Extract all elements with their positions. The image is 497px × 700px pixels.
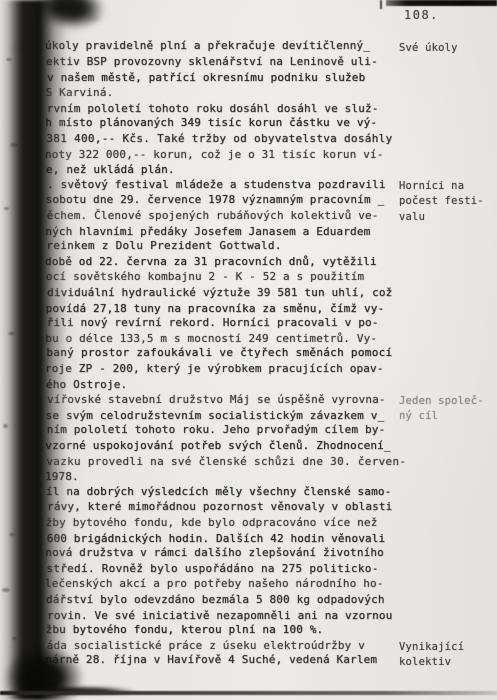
- text-line: 1978.: [45, 470, 79, 483]
- margin-note: Horníci napočest festi-valu: [399, 179, 484, 225]
- margin-note-line: ný cíl: [399, 409, 484, 424]
- text-line: e, než ukládá plán.: [46, 163, 175, 176]
- text-line: lečenských akcí a pro potřeby našeho nár…: [45, 577, 384, 590]
- text-line: . světový festival mládeže a studenstva …: [47, 178, 386, 191]
- text-line: íl na dobrých výsledcích měly všechny čl…: [46, 485, 391, 498]
- scanned-document-page: 108. úkoly pravidelně plní a překračuje …: [0, 0, 497, 700]
- margin-note-line: Jeden společ-: [399, 394, 484, 409]
- text-line: ocí sovětského kombajnu 2 - K - 52 a s p…: [46, 270, 364, 283]
- text-line: bu o délce 133,5 m s mocností 249 centim…: [45, 332, 377, 345]
- text-line: baný prostor zafoukávali ve čtyřech směn…: [46, 346, 392, 359]
- text-line: rovin. Ve své iniciativě nezapomněli ani…: [47, 609, 392, 622]
- text-line: úkoly pravidelně plní a překračuje devít…: [45, 39, 370, 52]
- text-line: S Karviná.: [46, 86, 114, 99]
- text-line: ním pololetí tohoto roku. Jeho prvořadým…: [47, 423, 386, 436]
- margin-note-line: Vynikající: [399, 640, 464, 655]
- text-line: v našem městě, patřící okresnímu podniku…: [47, 71, 365, 84]
- text-line: vzorné uspokojování potřeb svých členů. …: [45, 439, 390, 452]
- text-line: ého Ostroje.: [46, 378, 127, 391]
- text-line: noty 322 000,-- korun, což je o 31 tisíc…: [45, 148, 384, 161]
- text-line: roje ZP - 200, který je výrobkem pracují…: [45, 362, 384, 375]
- margin-note: Své úkoly: [399, 41, 458, 56]
- noise-speck: [9, 533, 15, 536]
- text-line: žby bytového fondu, kde bylo odpracováno…: [46, 516, 378, 529]
- noise-speck: [2, 588, 10, 592]
- noise-speck: [8, 332, 15, 335]
- text-line: se svým celodružstevním socialistickým z…: [46, 409, 385, 422]
- text-line: povídá 27,18 tuny na pracovníka za směnu…: [46, 302, 385, 315]
- text-line: rvním pololetí tohoto roku dosáhl dosáhl…: [47, 102, 379, 115]
- page-number: 108.: [404, 8, 439, 22]
- page-fold-line: [0, 691, 497, 695]
- page-fold-shadow: [18, 682, 168, 694]
- margin-note: Jeden společ-ný cíl: [399, 394, 484, 425]
- text-line: ektiv BSP provozovny sklenářství na Leni…: [46, 55, 378, 68]
- noise-speck: [4, 207, 9, 210]
- margin-note-line: Horníci na: [399, 179, 484, 194]
- scan-top-edge: [386, 0, 497, 6]
- text-line: rávy, které mimořádnou pozornost věnoval…: [47, 500, 392, 513]
- text-line: dividuální hydraulické výztuže 39 581 tu…: [47, 286, 392, 299]
- text-line: 381 400,-- Kčs. Také tržby od obyvatelst…: [46, 132, 392, 145]
- text-line: době od 22. června za 31 pracovních dnů,…: [45, 255, 377, 268]
- text-line: vazku provedli na své členské schůzi dne…: [46, 455, 406, 468]
- text-line: 600 brigádnických hodin. Dalších 42 hodi…: [47, 532, 386, 545]
- noise-speck: [10, 143, 18, 147]
- text-line: žbu bytového fondu, kterou plní na 100 %…: [46, 623, 324, 636]
- margin-note-line: počest festi-: [399, 194, 484, 209]
- noise-smudge: [86, 16, 100, 21]
- text-line: řili nový revírní rekord. Horníci pracov…: [47, 316, 379, 329]
- text-line: dářství bylo odevzdáno bezmála 5 800 kg …: [46, 593, 385, 606]
- margin-note: Vynikajícíkolektiv: [399, 640, 464, 671]
- noise-speck: [12, 637, 17, 640]
- text-line: áda socialistické práce z úseku elektroú…: [47, 639, 365, 652]
- scan-top-edge-tick: [380, 0, 382, 9]
- noise-speck: [6, 58, 12, 61]
- text-line: ěchem. Členové spojených rubáňových kole…: [47, 209, 379, 222]
- text-line: ných hlavními předáky Josefem Janasem a …: [45, 225, 370, 238]
- margin-note-line: kolektiv: [399, 655, 464, 670]
- margin-note-line: valu: [399, 210, 484, 225]
- text-line: nová družstva v rámci dalšího zlepšování…: [45, 546, 384, 559]
- text-line: nárně 28. října v Havířově 4 Suché, vede…: [45, 653, 377, 666]
- text-line: sobotu dne 29. července 1978 významným p…: [46, 193, 385, 206]
- binding-shadow-top: [20, 0, 111, 42]
- margin-note-line: Své úkoly: [399, 41, 458, 56]
- text-line: středí. Rovněž bylo uspořádáno na 275 po…: [46, 562, 378, 575]
- noise-smudge: [14, 46, 32, 53]
- text-line: vířovské stavební družstvo Máj se úspěšn…: [47, 393, 386, 406]
- text-line: reinkem z Dolu Prezident Gottwald.: [46, 239, 281, 252]
- text-line: h místo plánovaných 349 tisíc korun část…: [45, 116, 377, 129]
- noise-speck: [3, 424, 8, 428]
